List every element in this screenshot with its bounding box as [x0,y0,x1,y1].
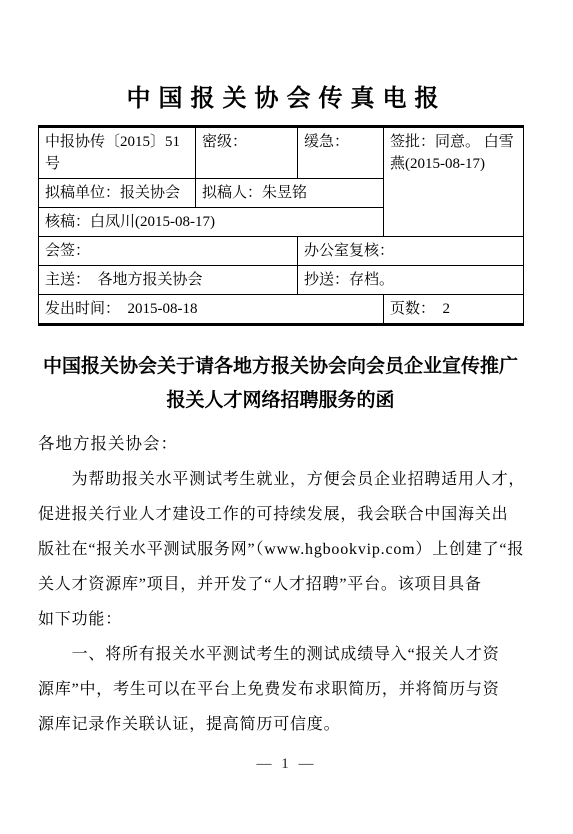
document-title: 中国报关协会关于请各地方报关协会向会员企业宣传推广报关人才网络招聘服务的函 [38,350,523,418]
salutation: 各地方报关协会： [38,430,178,454]
table-row: 主送： 各地方报关协会 抄送：存档。 [39,266,524,295]
text-line: 促进报关行业人才建设工作的可持续发展，我会联合中国海关出 [38,497,558,532]
countersign-cell: 会签： [39,237,298,266]
table-row: 中报协传〔2015〕51号 密级： 缓急： 签批：同意。 白雪燕(2015-08… [39,127,524,179]
table-row: 发出时间： 2015-08-18 页数： 2 [39,295,524,325]
text-line: 源库”中，考生可以在平台上免费发布求职简历，并将简历与资 [38,672,558,707]
doc-number-cell: 中报协传〔2015〕51号 [39,127,196,179]
text-line: 为帮助报关水平测试考生就业，方便会员企业招聘适用人才， [38,462,558,497]
text-line: 中国报关协会关于请各地方报关协会向会员企业宣传推广 [38,350,523,384]
text-line: 关人才资源库”项目，并开发了“人才招聘”平台。该项目具备 [38,567,558,602]
text-line: 报关人才网络招聘服务的函 [38,384,523,418]
draft-unit-cell: 拟稿单位：报关协会 [39,179,196,208]
send-time-cell: 发出时间： 2015-08-18 [39,295,384,325]
main-recipient-cell: 主送： 各地方报关协会 [39,266,298,295]
text-line: 一、将所有报关水平测试考生的测试成绩导入“报关人才资 [38,637,558,672]
document-body: 为帮助报关水平测试考生就业，方便会员企业招聘适用人才，促进报关行业人才建设工作的… [38,462,558,742]
copy-to-cell: 抄送：存档。 [298,266,524,295]
urgency-cell: 缓急： [298,127,384,179]
page-count-cell: 页数： 2 [384,295,524,325]
text-line: 版社在“报关水平测试服务网”（www.hgbookvip.com）上创建了“报 [38,532,558,567]
office-review-cell: 办公室复核： [298,237,524,266]
drafter-cell: 拟稿人：朱昱铭 [196,179,384,208]
reviewer-cell: 核稿：白凤川(2015-08-17) [39,208,384,237]
secrecy-cell: 密级： [196,127,298,179]
text-line: 如下功能： [38,602,558,637]
fax-document-page: 中国报关协会传真电报 中报协传〔2015〕51号 密级： 缓急： 签批：同意。 … [0,0,573,834]
fax-header-title: 中国报关协会传真电报 [0,78,573,113]
page-number: — 1 — [0,756,573,773]
approval-cell: 签批：同意。 白雪燕(2015-08-17) [384,127,524,237]
table-row: 会签： 办公室复核： [39,237,524,266]
meta-table: 中报协传〔2015〕51号 密级： 缓急： 签批：同意。 白雪燕(2015-08… [38,125,524,326]
text-line: 源库记录作关联认证，提高简历可信度。 [38,707,558,742]
